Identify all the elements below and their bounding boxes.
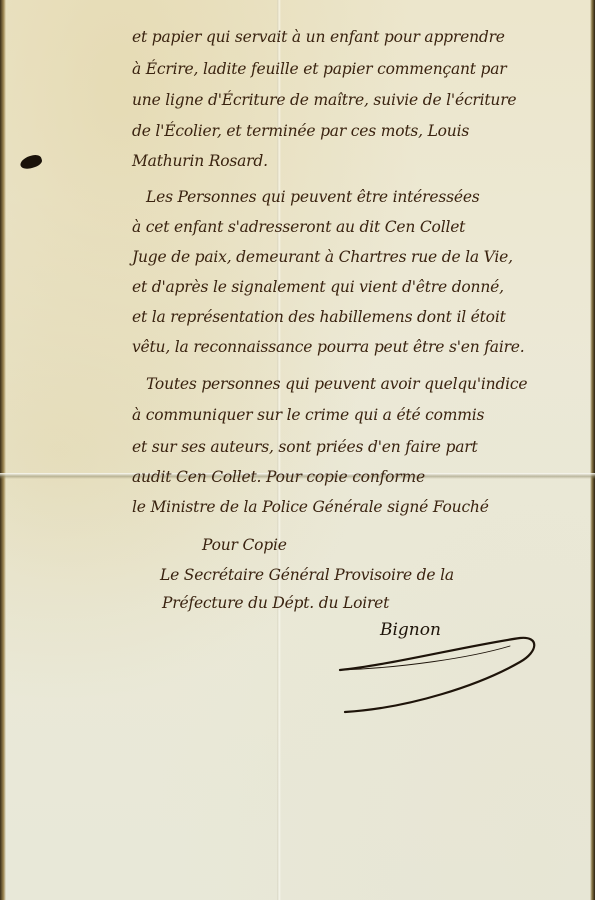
- text-line: audit Cen Collet. Pour copie conforme: [132, 468, 425, 486]
- ink-blot: [19, 153, 44, 171]
- text-line: Toutes personnes qui peuvent avoir quelq…: [146, 375, 527, 393]
- page-right-edge: [590, 0, 595, 900]
- text-line: Mathurin Rosard.: [132, 152, 268, 170]
- text-line: à communiquer sur le crime qui a été com…: [132, 406, 484, 424]
- manuscript-page: et papier qui servait à un enfant pour a…: [0, 0, 595, 900]
- text-line: de l'Écolier, et terminée par ces mots, …: [132, 122, 469, 140]
- text-line: le Ministre de la Police Générale signé …: [132, 498, 489, 516]
- text-line: à Écrire, ladite feuille et papier comme…: [132, 60, 507, 78]
- text-line: et papier qui servait à un enfant pour a…: [132, 28, 505, 46]
- text-line: Juge de paix, demeurant à Chartres rue d…: [132, 248, 513, 266]
- pour-copie-label: Pour Copie: [202, 536, 287, 554]
- secretary-title-line: Le Secrétaire Général Provisoire de la: [160, 566, 454, 584]
- text-line: vêtu, la reconnaissance pourra peut être…: [132, 338, 525, 356]
- text-line: une ligne d'Écriture de maître, suivie d…: [132, 91, 516, 109]
- page-left-edge: [0, 0, 6, 900]
- text-line: à cet enfant s'adresseront au dit Cen Co…: [132, 218, 465, 236]
- prefecture-line: Préfecture du Dépt. du Loiret: [162, 594, 389, 612]
- text-line: et sur ses auteurs, sont priées d'en fai…: [132, 438, 478, 456]
- text-line: et d'après le signalement qui vient d'êt…: [132, 278, 504, 296]
- text-line: et la représentation des habillemens don…: [132, 308, 506, 326]
- signature-flourish-icon: [300, 630, 540, 720]
- text-line: Les Personnes qui peuvent être intéressé…: [146, 188, 480, 206]
